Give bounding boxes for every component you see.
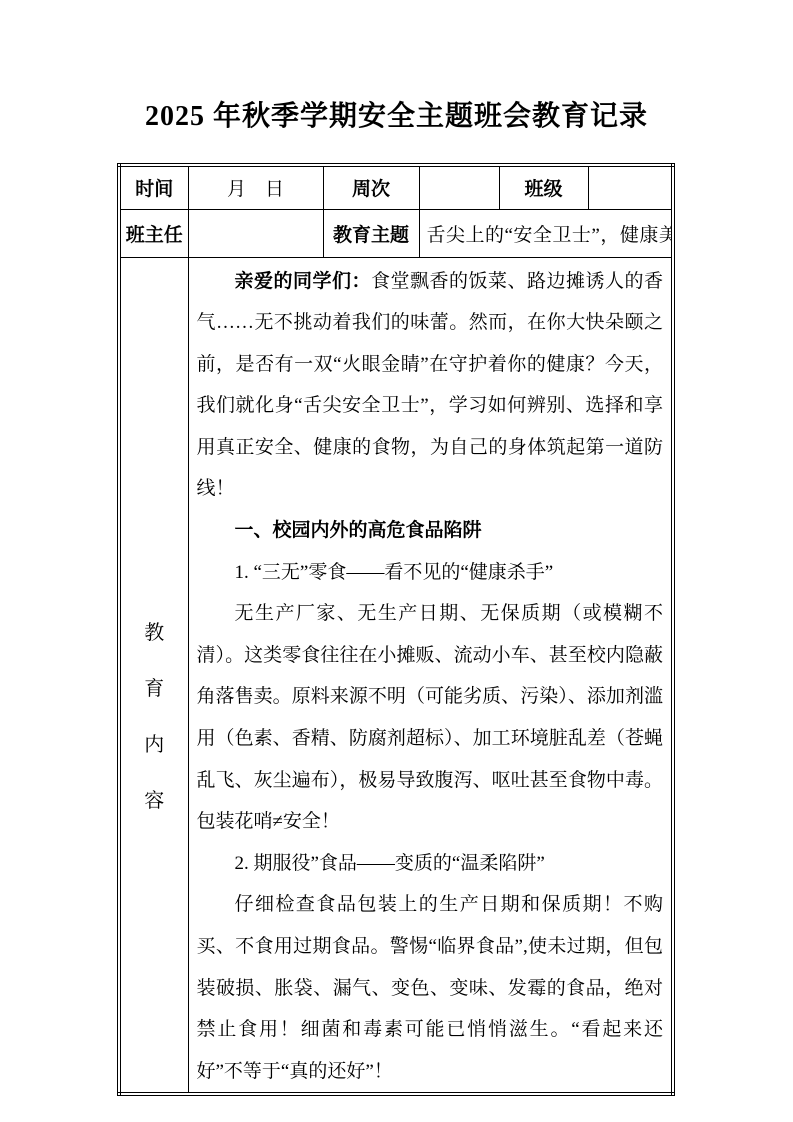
content-label-char: 育 [121, 661, 188, 717]
page-title: 2025 年秋季学期安全主题班会教育记录 [0, 94, 793, 134]
table-row: 时间 月 日 周次 班级 [119, 165, 673, 209]
teacher-value-cell[interactable] [188, 209, 323, 257]
week-label: 周次 [323, 165, 419, 209]
record-table: 时间 月 日 周次 班级 班主任 教育主题 舌尖上的“安全卫士”，健康美味我做主… [117, 163, 675, 1096]
subsection-heading-1: 1. “三无”零食——看不见的“健康杀手” [197, 552, 664, 594]
teacher-label: 班主任 [119, 209, 188, 257]
content-label-char: 内 [121, 717, 188, 773]
time-value-cell[interactable]: 月 日 [188, 165, 323, 209]
subsection-heading-2: 2. 期服役”食品——变质的“温柔陷阱” [197, 843, 664, 885]
paragraph-sanwu: 无生产厂家、无生产日期、无保质期（或模糊不清）。这类零食往往在小摊贩、流动小车、… [197, 593, 664, 843]
content-label-char: 教 [121, 605, 188, 661]
time-label: 时间 [119, 165, 188, 209]
content-label-cell: 教 育 内 容 [119, 257, 188, 1094]
paragraph-intro-body: 食堂飘香的饭菜、路边摊诱人的香气……无不挑动着我们的味蕾。然而，在你大快朵颐之前… [197, 271, 664, 500]
table-row: 班主任 教育主题 舌尖上的“安全卫士”，健康美味我做主 [119, 209, 673, 257]
theme-label: 教育主题 [323, 209, 419, 257]
paragraph-intro-lead: 亲爱的同学们： [235, 271, 372, 292]
table-row: 教 育 内 容 亲爱的同学们：食堂飘香的饭菜、路边摊诱人的香气……无不挑动着我们… [119, 257, 673, 1094]
class-value-cell[interactable] [588, 165, 673, 209]
week-value-cell[interactable] [419, 165, 499, 209]
content-label-vertical: 教 育 内 容 [121, 521, 188, 829]
theme-value: 舌尖上的“安全卫士”，健康美味我做主 [419, 209, 673, 257]
content-label-char: 容 [121, 773, 188, 829]
paragraph-expired: 仔细检查食品包装上的生产日期和保质期！不购买、不食用过期食品。警惕“临界食品”,… [197, 884, 664, 1092]
section-heading-1: 一、校园内外的高危食品陷阱 [197, 510, 664, 552]
education-content-cell: 亲爱的同学们：食堂飘香的饭菜、路边摊诱人的香气……无不挑动着我们的味蕾。然而，在… [188, 257, 673, 1094]
paragraph-intro: 亲爱的同学们：食堂飘香的饭菜、路边摊诱人的香气……无不挑动着我们的味蕾。然而，在… [197, 261, 664, 511]
class-label: 班级 [499, 165, 588, 209]
document-page: 2025 年秋季学期安全主题班会教育记录 时间 月 日 周次 班级 班主任 教育… [0, 0, 793, 1122]
